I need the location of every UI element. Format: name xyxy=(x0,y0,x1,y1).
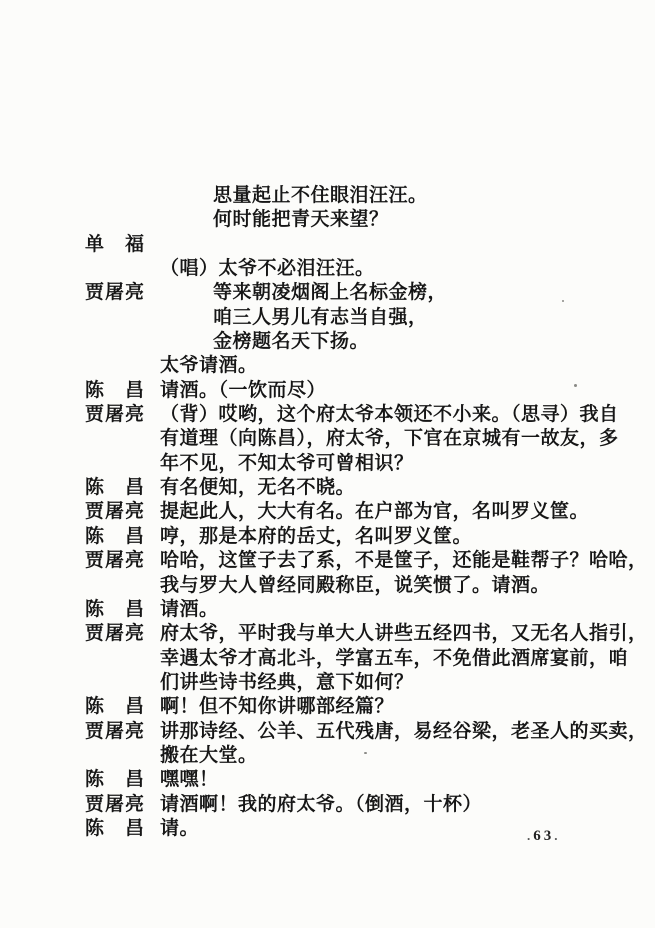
script-line: 有道理（向陈昌），府太爷，下官在京城有一故友，多 xyxy=(85,427,630,451)
script-line: 陈 昌 有名便知，无名不晓。 xyxy=(85,476,630,500)
script-line: 陈 昌 嘿嘿！ xyxy=(85,768,630,792)
script-line: 幸遇太爷才高北斗，学富五车，不免借此酒席宴前，咱 xyxy=(85,647,630,671)
script-line: 太爷请酒。 xyxy=(85,354,630,378)
speaker-name: 陈 昌 xyxy=(85,768,160,792)
line-text: 嘿嘿！ xyxy=(160,768,219,792)
line-text: 搬在大堂。 xyxy=(160,744,258,768)
script-line: 陈 昌 请酒。（一饮而尽） xyxy=(85,379,630,403)
line-text: 哼，那是本府的岳丈，名叫罗义筐。 xyxy=(160,525,472,549)
script-line: 贾屠亮 府太爷，平时我与单大人讲些五经四书，又无名人指引， xyxy=(85,622,630,646)
script-line: 陈 昌 啊！但不知你讲哪部经篇？ xyxy=(85,695,630,719)
script-line: 贾屠亮 讲那诗经、公羊、五代残唐，易经谷梁，老圣人的买卖， xyxy=(85,720,630,744)
line-text: （背）哎哟，这个府太爷本领还不小来。（思寻）我自 xyxy=(160,403,619,427)
line-text: 幸遇太爷才高北斗，学富五车，不免借此酒席宴前，咱 xyxy=(160,647,628,671)
script-line: （唱）太爷不必泪汪汪。 xyxy=(85,257,630,281)
script-line: 贾屠亮 （背）哎哟，这个府太爷本领还不小来。（思寻）我自 xyxy=(85,403,630,427)
page-number-suffix-dot: . xyxy=(554,828,560,843)
scanned-script-page: 思量起止不住眼泪汪汪。 何时能把青天来望？ 单 福 （唱）太爷不必泪汪汪。 贾屠… xyxy=(0,0,655,928)
script-line: 们讲些诗书经典，意下如何？ xyxy=(85,671,630,695)
line-text: 金榜题名天下扬。 xyxy=(160,330,369,354)
script-line: 贾屠亮 请酒啊！我的府太爷。（倒酒，十杯） xyxy=(85,793,630,817)
page-number-value: 63 xyxy=(533,828,554,844)
speaker-name: 贾屠亮 xyxy=(85,622,160,646)
speaker-name: 贾屠亮 xyxy=(85,403,160,427)
script-line: 陈 昌 哼，那是本府的岳丈，名叫罗义筐。 xyxy=(85,525,630,549)
script-text-block: 思量起止不住眼泪汪汪。 何时能把青天来望？ 单 福 （唱）太爷不必泪汪汪。 贾屠… xyxy=(85,184,630,841)
script-line: 金榜题名天下扬。 xyxy=(85,330,630,354)
scan-speckle xyxy=(574,384,577,387)
line-text: （唱）太爷不必泪汪汪。 xyxy=(160,257,375,281)
speaker-name: 贾屠亮 xyxy=(85,793,160,817)
line-text: 讲那诗经、公羊、五代残唐，易经谷梁，老圣人的买卖， xyxy=(160,720,648,744)
script-line: 陈 昌 请酒。 xyxy=(85,598,630,622)
script-line: 贾屠亮 哈哈，这筐子去了系，不是筐子，还能是鞋帮子？哈哈， xyxy=(85,549,630,573)
line-text: 请。 xyxy=(160,817,199,841)
speaker-name: 贾屠亮 xyxy=(85,720,160,744)
script-line: 贾屠亮 提起此人，大大有名。在户部为官，名叫罗义筐。 xyxy=(85,500,630,524)
script-line: 年不见，不知太爷可曾相识？ xyxy=(85,452,630,476)
line-text: 提起此人，大大有名。在户部为官，名叫罗义筐。 xyxy=(160,500,589,524)
line-text: 年不见，不知太爷可曾相识？ xyxy=(160,452,414,476)
speaker-name: 陈 昌 xyxy=(85,598,160,622)
line-text: 请酒。 xyxy=(160,598,219,622)
line-text: 有道理（向陈昌），府太爷，下官在京城有一故友，多 xyxy=(160,427,619,451)
line-text: 哈哈，这筐子去了系，不是筐子，还能是鞋帮子？哈哈， xyxy=(160,549,648,573)
script-line: 搬在大堂。 xyxy=(85,744,630,768)
speaker-name: 贾屠亮 xyxy=(85,281,160,305)
speaker-name: 陈 昌 xyxy=(85,476,160,500)
line-text: 何时能把青天来望？ xyxy=(160,208,389,232)
speaker-name: 陈 昌 xyxy=(85,379,160,403)
speaker-name: 陈 昌 xyxy=(85,817,160,841)
speaker-name: 陈 昌 xyxy=(85,525,160,549)
line-text: 府太爷，平时我与单大人讲些五经四书，又无名人指引， xyxy=(160,622,648,646)
script-line: 思量起止不住眼泪汪汪。 xyxy=(85,184,630,208)
script-line: 我与罗大人曾经同殿称臣，说笑惯了。请酒。 xyxy=(85,574,630,598)
speaker-name: 单 福 xyxy=(85,233,160,257)
speaker-name: 贾屠亮 xyxy=(85,500,160,524)
line-text: 我与罗大人曾经同殿称臣，说笑惯了。请酒。 xyxy=(160,574,550,598)
line-text: 啊！但不知你讲哪部经篇？ xyxy=(160,695,394,719)
line-text: 有名便知，无名不晓。 xyxy=(160,476,355,500)
speaker-name: 陈 昌 xyxy=(85,695,160,719)
line-text: 请酒啊！我的府太爷。（倒酒，十杯） xyxy=(160,793,482,817)
scan-speckle xyxy=(562,300,564,302)
line-text: 等来朝凌烟阁上名标金榜， xyxy=(160,281,447,305)
line-text: 思量起止不住眼泪汪汪。 xyxy=(160,184,428,208)
script-line: 贾屠亮 等来朝凌烟阁上名标金榜， xyxy=(85,281,630,305)
script-line: 何时能把青天来望？ xyxy=(85,208,630,232)
line-text: 请酒。（一饮而尽） xyxy=(160,379,326,403)
line-text: 咱三人男儿有志当自强， xyxy=(160,306,428,330)
line-text: 们讲些诗书经典，意下如何？ xyxy=(160,671,414,695)
script-line: 咱三人男儿有志当自强， xyxy=(85,306,630,330)
page-number: .63. xyxy=(527,828,561,845)
speaker-name: 贾屠亮 xyxy=(85,549,160,573)
scan-speckle xyxy=(364,752,367,754)
script-line: 单 福 xyxy=(85,233,630,257)
line-text: 太爷请酒。 xyxy=(160,354,258,378)
